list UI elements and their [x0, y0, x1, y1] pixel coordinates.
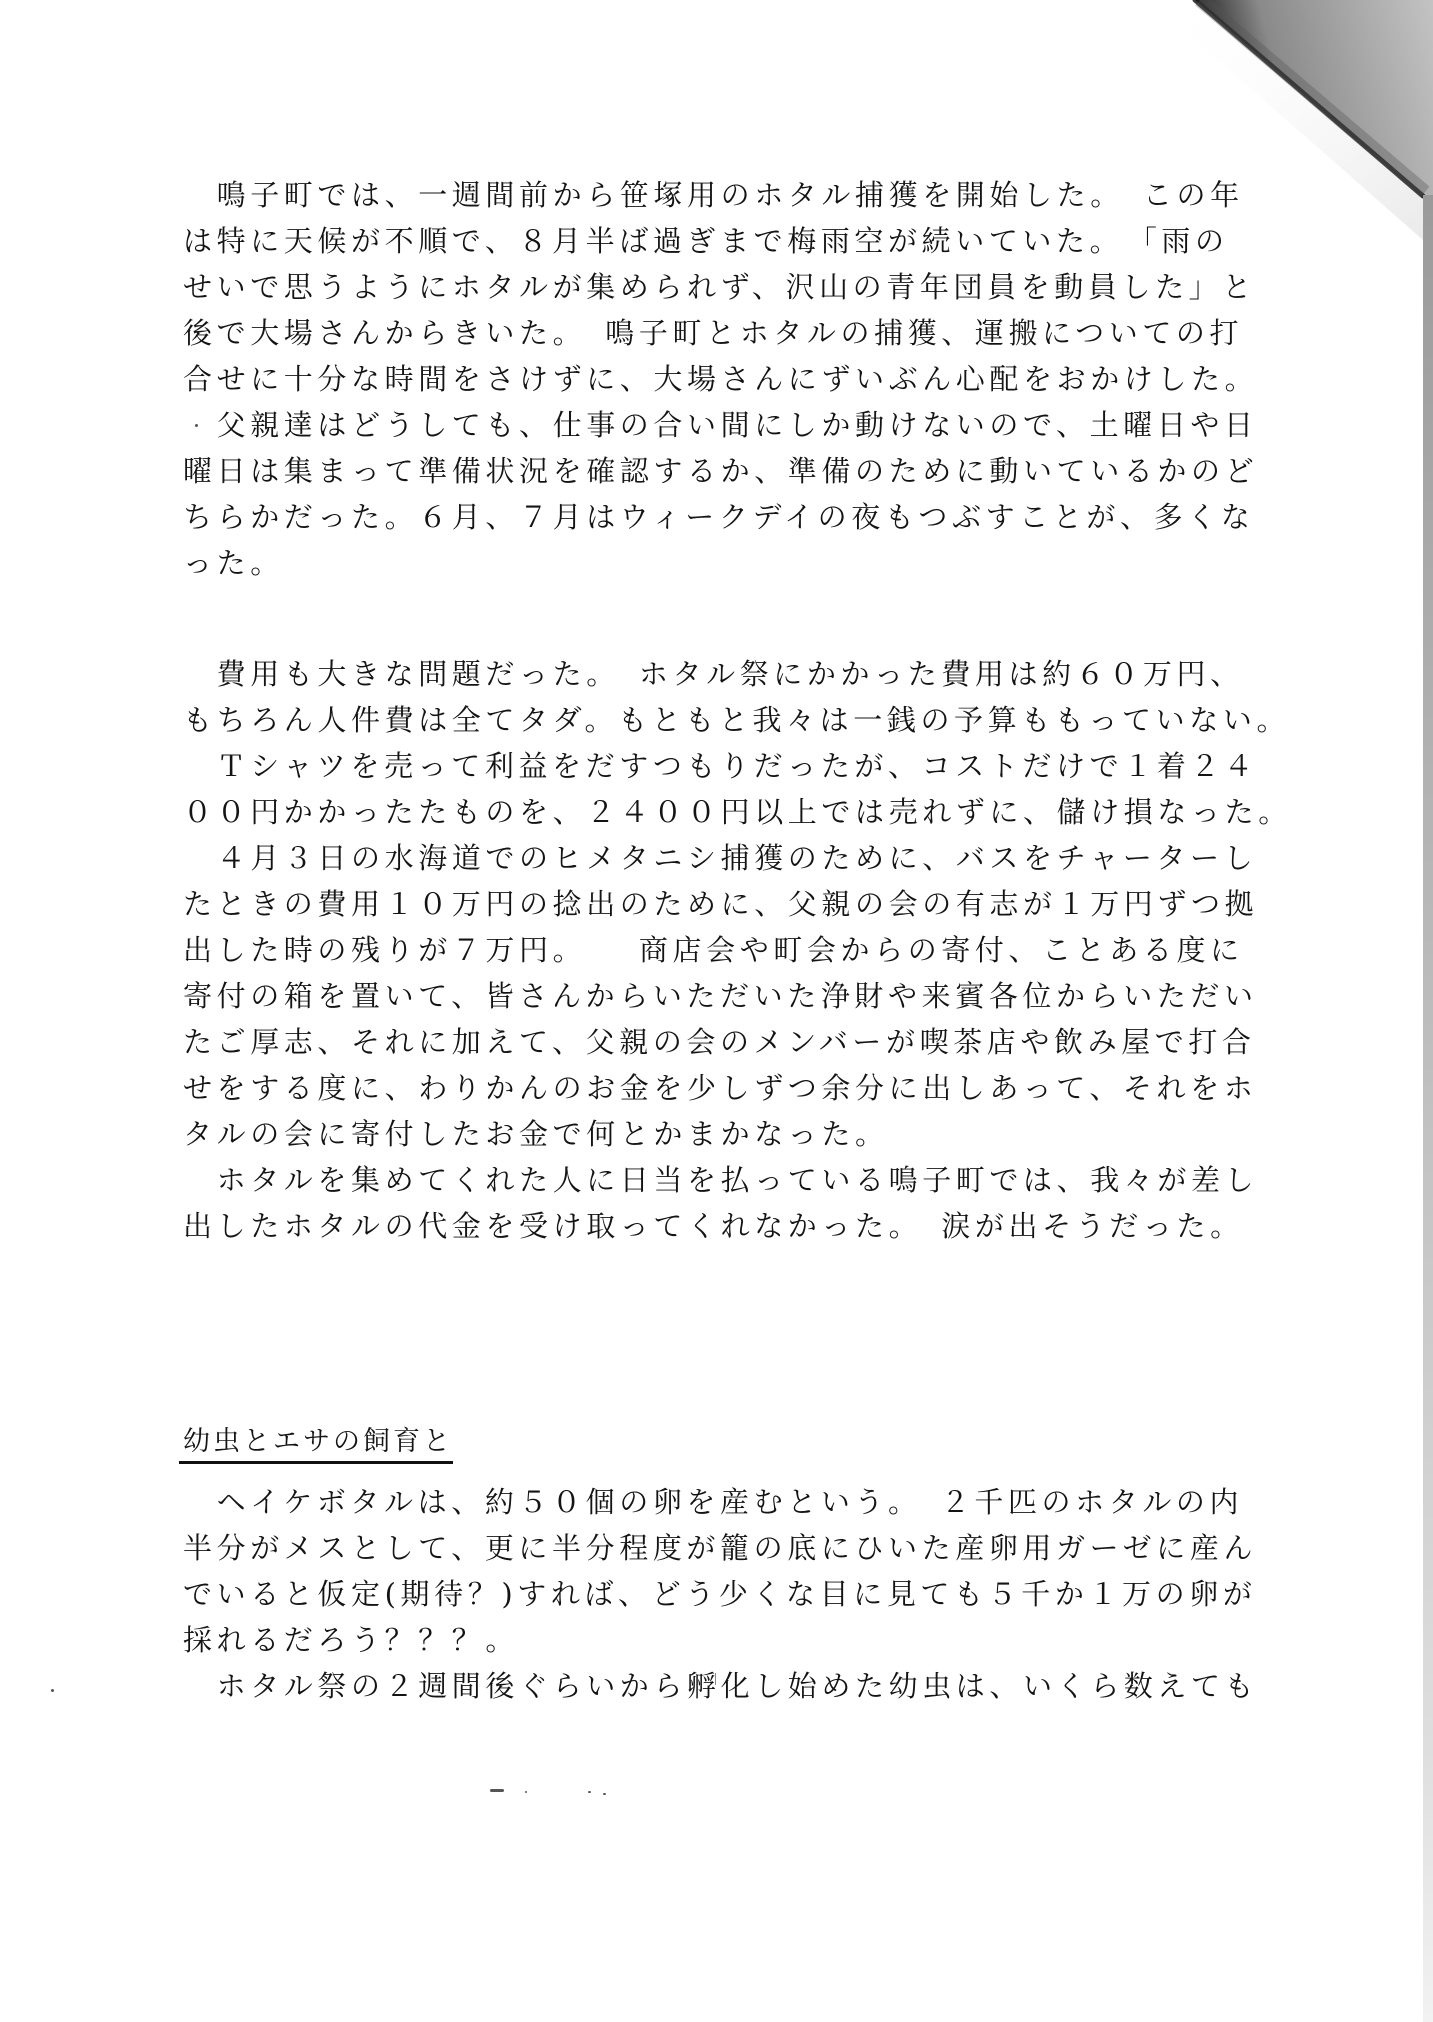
text-line: 曜日は集まって準備状況を確認するか、準備のために動いているかのど — [183, 451, 1258, 491]
scan-speck — [195, 424, 198, 427]
scan-speck — [490, 1789, 504, 1792]
text-line: ４月３日の水海道でのヒメタニシ捕獲のために、バスをチャーターし — [183, 838, 1257, 878]
document-body: 鳴子町では、一週間前から笹塚用のホタル捕獲を開始した。 この年 は特に天候が不順… — [0, 0, 1433, 2022]
text-line: Ｔシャツを売って利益をだすつもりだったが、コストだけで１着２４ — [183, 746, 1258, 786]
text-line: ヘイケボタルは、約５０個の卵を産むという。 ２千匹のホタルの内 — [183, 1482, 1243, 1522]
text-line: った。 — [183, 543, 284, 583]
scan-speck — [525, 1791, 527, 1793]
section-heading: 幼虫とエサの飼育と — [183, 1422, 453, 1462]
text-line: 出したホタルの代金を受け取ってくれなかった。 涙が出そうだった。 — [183, 1206, 1244, 1246]
text-line: でいると仮定(期待？)すれば、どう少くな目に見ても５千か１万の卵が — [183, 1574, 1256, 1614]
text-line: ホタル祭の２週間後ぐらいから孵化し始めた幼虫は、いくら数えても — [183, 1666, 1258, 1706]
text-line: せをする度に、わりかんのお金を少しずつ余分に出しあって、それをホ — [183, 1068, 1257, 1108]
scan-speck — [715, 1673, 716, 1685]
text-line: もちろん人件費は全てタダ。もともと我々は一銭の予算ももっていない。 — [183, 700, 1290, 740]
text-line: 後で大場さんからきいた。 鳴子町とホタルの捕獲、運搬についての打 — [183, 313, 1243, 353]
text-line: 鳴子町では、一週間前から笹塚用のホタル捕獲を開始した。 この年 — [183, 175, 1244, 215]
text-line: ちらかだった。６月、７月はウィークデイの夜もつぶすことが、多くな — [183, 497, 1254, 537]
scan-speck — [588, 1791, 591, 1793]
text-line: 費用も大きな問題だった。 ホタル祭にかかった費用は約６０万円、 — [183, 654, 1244, 694]
text-line: せいで思うようにホタルが集められず、沢山の青年団員を動員した」と — [183, 267, 1256, 307]
scan-speck — [603, 1793, 606, 1795]
text-line: 合せに十分な時間をさけずに、大場さんにずいぶん心配をおかけした。 — [183, 359, 1258, 399]
text-line: たときの費用１０万円の捻出のために、父親の会の有志が１万円ずつ拠 — [183, 884, 1258, 924]
text-line: 採れるだろう？？？。 — [183, 1620, 519, 1660]
text-line: は特に天候が不順で、８月半ば過ぎまで梅雨空が続いていた。 「雨の — [183, 221, 1229, 261]
scanned-page: 鳴子町では、一週間前から笹塚用のホタル捕獲を開始した。 この年 は特に天候が不順… — [0, 0, 1433, 2022]
text-line: ００円かかったたものを、２４００円以上では売れずに、儲け損なった。 — [183, 792, 1292, 832]
heading-underline — [179, 1461, 453, 1464]
scan-speck — [51, 1689, 54, 1692]
text-line: 父親達はどうしても、仕事の合い間にしか動けないので、土曜日や日 — [183, 405, 1258, 445]
text-line: 寄付の箱を置いて、皆さんからいただいた浄財や来賓各位からいただい — [183, 976, 1258, 1016]
text-line: 半分がメスとして、更に半分程度が籠の底にひいた産卵用ガーゼに産ん — [183, 1528, 1257, 1568]
text-line: タルの会に寄付したお金で何とかまかなった。 — [183, 1114, 889, 1154]
text-line: たご厚志、それに加えて、父親の会のメンバーが喫茶店や飲み屋で打合 — [183, 1022, 1256, 1062]
text-line: 出した時の残りが７万円。 商店会や町会からの寄付、ことある度に — [183, 930, 1244, 970]
text-line: ホタルを集めてくれた人に日当を払っている鳴子町では、我々が差し — [183, 1160, 1258, 1200]
